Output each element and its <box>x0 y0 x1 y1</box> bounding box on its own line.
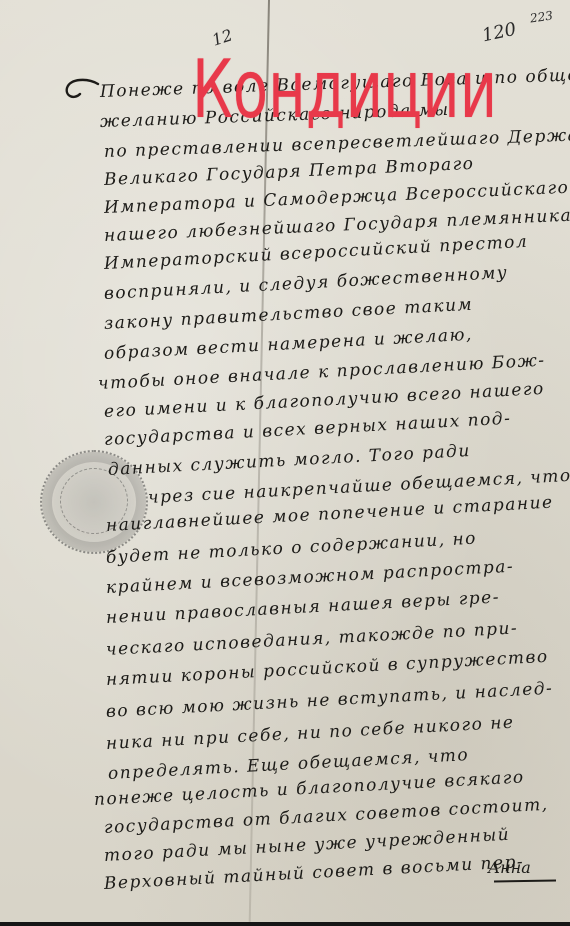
manuscript-text: Понеже по воле Всемогущаго Бога и по общ… <box>0 0 570 922</box>
image-bottom-border <box>0 922 570 926</box>
title-overlay: Кондиции <box>192 50 497 130</box>
manuscript-page: 12 120 223 Понеже по воле Всемогущаго Бо… <box>0 0 570 922</box>
signature: Анна <box>488 858 531 877</box>
